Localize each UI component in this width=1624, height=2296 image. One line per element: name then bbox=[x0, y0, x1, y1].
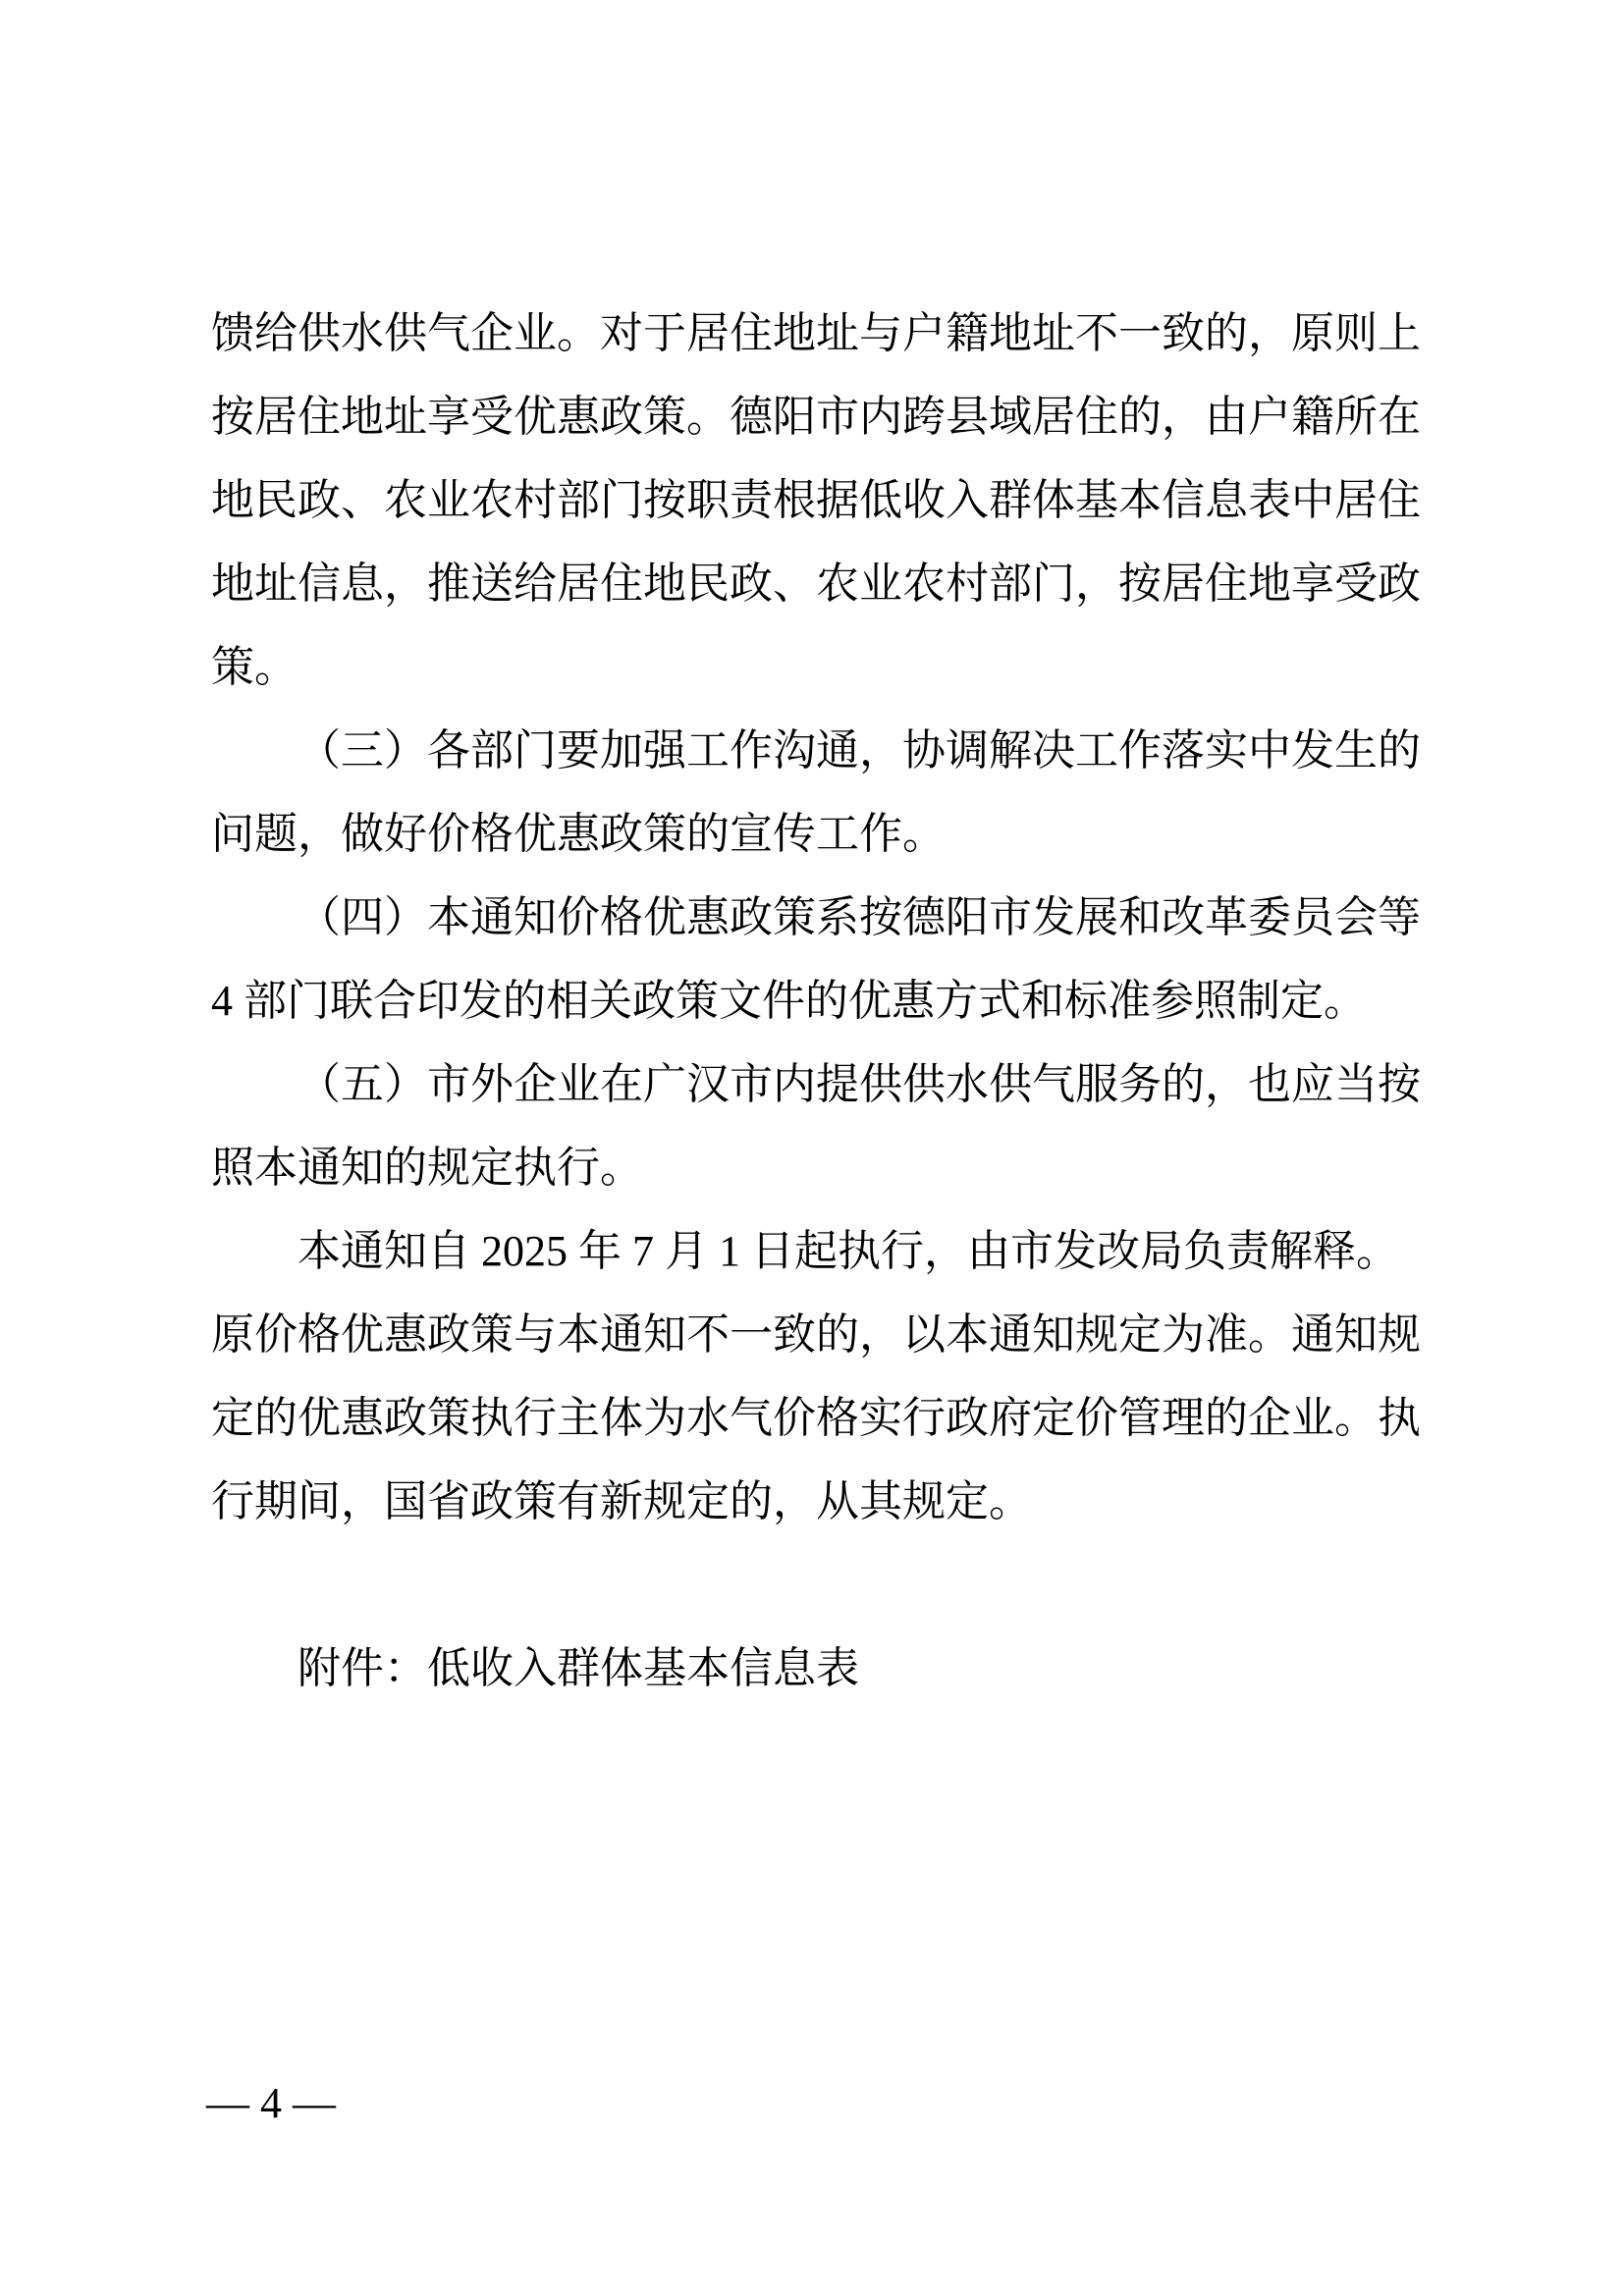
doc-line: 4 部门联合印发的相关政策文件的优惠方式和标准参照制定。 bbox=[211, 959, 1421, 1042]
doc-line: 地址信息，推送给居住地民政、农业农村部门，按居住地享受政 bbox=[211, 542, 1421, 625]
doc-line: 策。 bbox=[211, 625, 1421, 709]
doc-line: 地民政、农业农村部门按职责根据低收入群体基本信息表中居住 bbox=[211, 458, 1421, 542]
doc-line: 按居住地址享受优惠政策。德阳市内跨县域居住的，由户籍所在 bbox=[211, 375, 1421, 458]
doc-line: 定的优惠政策执行主体为水气价格实行政府定价管理的企业。执 bbox=[211, 1376, 1421, 1460]
doc-line-paragraph-5-start: （五）市外企业在广汉市内提供供水供气服务的，也应当按 bbox=[211, 1042, 1421, 1126]
doc-line-effective-date: 本通知自 2025 年 7 月 1 日起执行，由市发改局负责解释。 bbox=[211, 1209, 1421, 1293]
doc-line-paragraph-4-start: （四）本通知价格优惠政策系按德阳市发展和改革委员会等 bbox=[211, 876, 1421, 959]
page-number: — 4 — bbox=[206, 2080, 336, 2127]
doc-line-paragraph-3-start: （三）各部门要加强工作沟通，协调解决工作落实中发生的 bbox=[211, 709, 1421, 792]
doc-line: 行期间，国省政策有新规定的，从其规定。 bbox=[211, 1460, 1421, 1543]
document-page: 馈给供水供气企业。对于居住地址与户籍地址不一致的，原则上 按居住地址享受优惠政策… bbox=[0, 0, 1624, 2296]
doc-line: 原价格优惠政策与本通知不一致的，以本通知规定为准。通知规 bbox=[211, 1293, 1421, 1376]
doc-line: 问题，做好价格优惠政策的宣传工作。 bbox=[211, 792, 1421, 876]
doc-line: 馈给供水供气企业。对于居住地址与户籍地址不一致的，原则上 bbox=[211, 292, 1421, 375]
document-body: 馈给供水供气企业。对于居住地址与户籍地址不一致的，原则上 按居住地址享受优惠政策… bbox=[211, 292, 1421, 1710]
doc-line: 照本通知的规定执行。 bbox=[211, 1126, 1421, 1209]
attachment-line: 附件：低收入群体基本信息表 bbox=[211, 1627, 1421, 1710]
